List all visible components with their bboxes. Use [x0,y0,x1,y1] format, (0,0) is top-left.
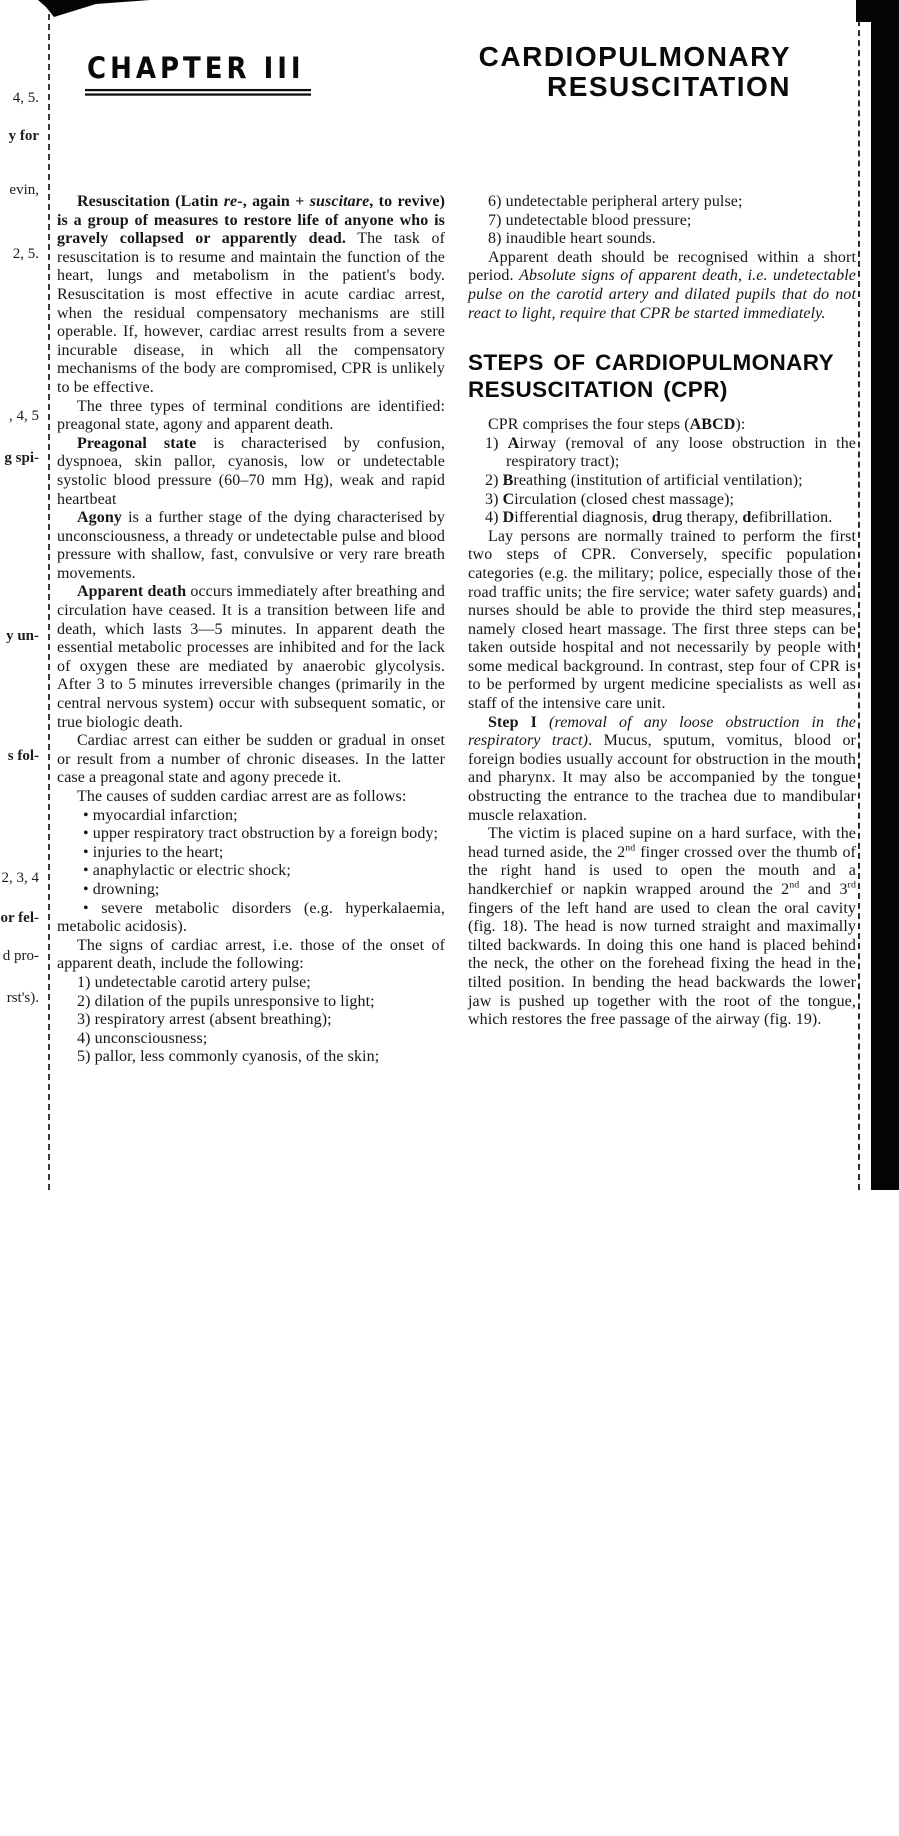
paragraph-resuscitation-definition: Resuscitation (Latin re-, again + suscit… [57,193,445,398]
cut-off-margin-text: 4, 5. [13,90,39,107]
numbered-item: 1) undetectable carotid artery pulse; [57,974,445,993]
page-title-line1: CARDIOPULMONARY [479,42,791,72]
paragraph-cardiac-arrest-onset: Cardiac arrest can either be sudden or g… [57,732,445,788]
cut-off-margin-text: d pro- [3,948,39,965]
paragraph-lay-persons: Lay persons are normally trained to perf… [468,528,856,714]
bullet-item: • drowning; [57,881,445,900]
numbered-item: 1) Airway (removal of any loose obstruct… [468,435,856,472]
cut-off-margin-text: 2, 3, 4 [2,870,40,887]
cut-off-margin-text: 2, 5. [13,246,39,263]
paragraph-victim-positioning: The victim is placed supine on a hard su… [468,825,856,1030]
numbered-item: 2) dilation of the pupils unresponsive t… [57,993,445,1012]
bullet-item: • upper respiratory tract obstruction by… [57,825,445,844]
left-text-column: Resuscitation (Latin re-, again + suscit… [57,193,445,1067]
cut-off-margin-text: g spi- [4,450,39,467]
bullet-item: • severe metabolic disorders (e.g. hyper… [57,900,445,937]
bullet-item: • myocardial infarction; [57,807,445,826]
left-page-fold-line [48,14,50,1190]
bullet-item: • anaphylactic or electric shock; [57,862,445,881]
chapter-heading: CHAPTER III [85,52,311,96]
page-title-line2: RESUSCITATION [479,72,791,102]
numbered-item: 4) unconsciousness; [57,1030,445,1049]
cut-off-margin-text: or fel- [1,910,39,927]
paragraph-step-one: Step I (removal of any loose obstruction… [468,714,856,826]
paragraph-apparent-death: Apparent death occurs immediately after … [57,583,445,732]
scan-edge-bar [871,0,899,1190]
cut-off-margin-text: rst's). [7,990,39,1007]
body-columns: Resuscitation (Latin re-, again + suscit… [57,193,856,1067]
numbered-item: 8) inaudible heart sounds. [468,230,856,249]
paragraph-signs-intro: The signs of cardiac arrest, i.e. those … [57,937,445,974]
right-margin-dotted-line [858,0,860,1190]
paragraph-apparent-death-recognition: Apparent death should be recognised with… [468,249,856,323]
cut-off-margin-text: evin, [9,182,39,199]
section-heading: STEPS OF CARDIOPULMONARYRESUSCITATION (C… [468,349,856,403]
bullet-item: • injuries to the heart; [57,844,445,863]
paragraph-terminal-conditions: The three types of terminal conditions a… [57,398,445,435]
numbered-item: 5) pallor, less commonly cyanosis, of th… [57,1048,445,1067]
paragraph-preagonal-state: Preagonal state is characterised by conf… [57,435,445,509]
numbered-item: 3) Circulation (closed chest massage); [468,491,856,510]
paragraph-agony: Agony is a further stage of the dying ch… [57,509,445,583]
cut-off-margin-text: , 4, 5 [9,408,39,425]
cut-off-margin-text: y un- [6,628,39,645]
page-title: CARDIOPULMONARY RESUSCITATION [479,42,791,102]
paragraph-cpr-steps-intro: CPR comprises the four steps (ABCD): [468,416,856,435]
book-page: 4, 5.y forevin,2, 5., 4, 5g spi-y un-s f… [0,0,899,1836]
numbered-item: 6) undetectable peripheral artery pulse; [468,193,856,212]
numbered-item: 3) respiratory arrest (absent breathing)… [57,1011,445,1030]
numbered-item: 2) Breathing (institution of artificial … [468,472,856,491]
right-text-column: 6) undetectable peripheral artery pulse;… [468,193,856,1067]
cut-off-margin-text: s fol- [8,748,39,765]
numbered-item: 7) undetectable blood pressure; [468,212,856,231]
numbered-item: 4) Differential diagnosis, drug therapy,… [468,509,856,528]
cut-off-margin-text: y for [9,128,39,145]
adjacent-page-text-fragments: 4, 5.y forevin,2, 5., 4, 5g spi-y un-s f… [0,0,44,1100]
paragraph-causes-intro: The causes of sudden cardiac arrest are … [57,788,445,807]
